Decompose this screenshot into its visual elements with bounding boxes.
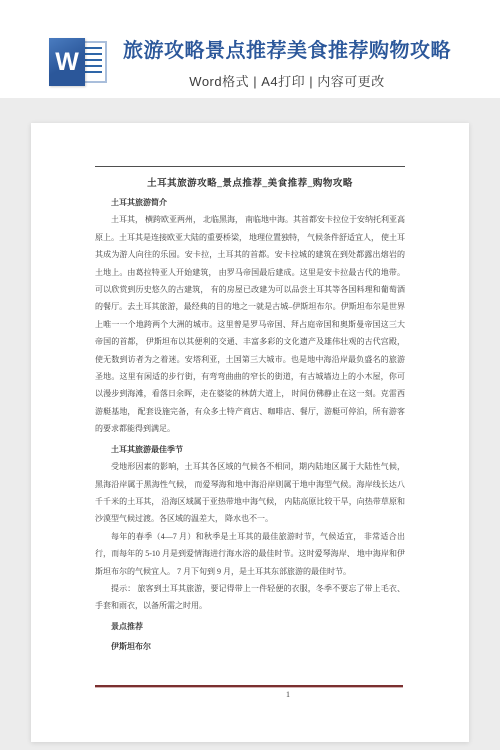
header-rule xyxy=(95,166,405,167)
section-heading-sights: 景点推荐 xyxy=(95,618,405,635)
paragraph-tip: 提示： 旅客到土耳其旅游，要记得带上一件轻便的衣服，冬季不要忘了带上毛衣、手套和… xyxy=(95,580,405,615)
word-icon-letter: W xyxy=(49,38,85,86)
listing-title: 旅游攻略景点推荐美食推荐购物攻略 xyxy=(123,34,451,63)
section-heading-istanbul: 伊斯坦布尔 xyxy=(95,638,405,655)
paragraph-season: 每年的春季（4—7 月）和秋季是土耳其的最佳旅游时节，气候适宜， 非常适合出行，… xyxy=(95,528,405,580)
listing-subtitle: Word格式 | A4打印 | 内容可更改 xyxy=(189,71,384,90)
document-preview-area: 土耳其旅游攻略_景点推荐_美食推荐_购物攻略 土耳其旅游简介 土耳其， 横跨欧亚… xyxy=(0,98,500,750)
paragraph-intro: 土耳其， 横跨欧亚两州， 北临黑海， 南临地中海。其首都安卡拉位于安纳托利亚高原… xyxy=(95,211,405,437)
section-heading-intro: 土耳其旅游简介 xyxy=(95,194,405,211)
listing-header-text: 旅游攻略景点推荐美食推荐购物攻略 Word格式 | A4打印 | 内容可更改 xyxy=(123,34,451,90)
section-heading-best-season: 土耳其旅游最佳季节 xyxy=(95,441,405,458)
paragraph-climate: 受地形因素的影响，土耳其各区域的气候各不相同，期内陆地区属于大陆性气候， 黑海沿… xyxy=(95,458,405,528)
listing-header: W 旅游攻略景点推荐美食推荐购物攻略 Word格式 | A4打印 | 内容可更改 xyxy=(0,0,500,98)
word-file-icon: W xyxy=(49,38,107,86)
document-page: 土耳其旅游攻略_景点推荐_美食推荐_购物攻略 土耳其旅游简介 土耳其， 横跨欧亚… xyxy=(31,123,469,742)
document-title: 土耳其旅游攻略_景点推荐_美食推荐_购物攻略 xyxy=(95,177,405,191)
page-number: 1 xyxy=(69,690,500,699)
document-content: 土耳其旅游攻略_景点推荐_美食推荐_购物攻略 土耳其旅游简介 土耳其， 横跨欧亚… xyxy=(95,166,405,656)
page-root: W 旅游攻略景点推荐美食推荐购物攻略 Word格式 | A4打印 | 内容可更改… xyxy=(0,0,500,750)
footer-rule xyxy=(95,685,403,687)
